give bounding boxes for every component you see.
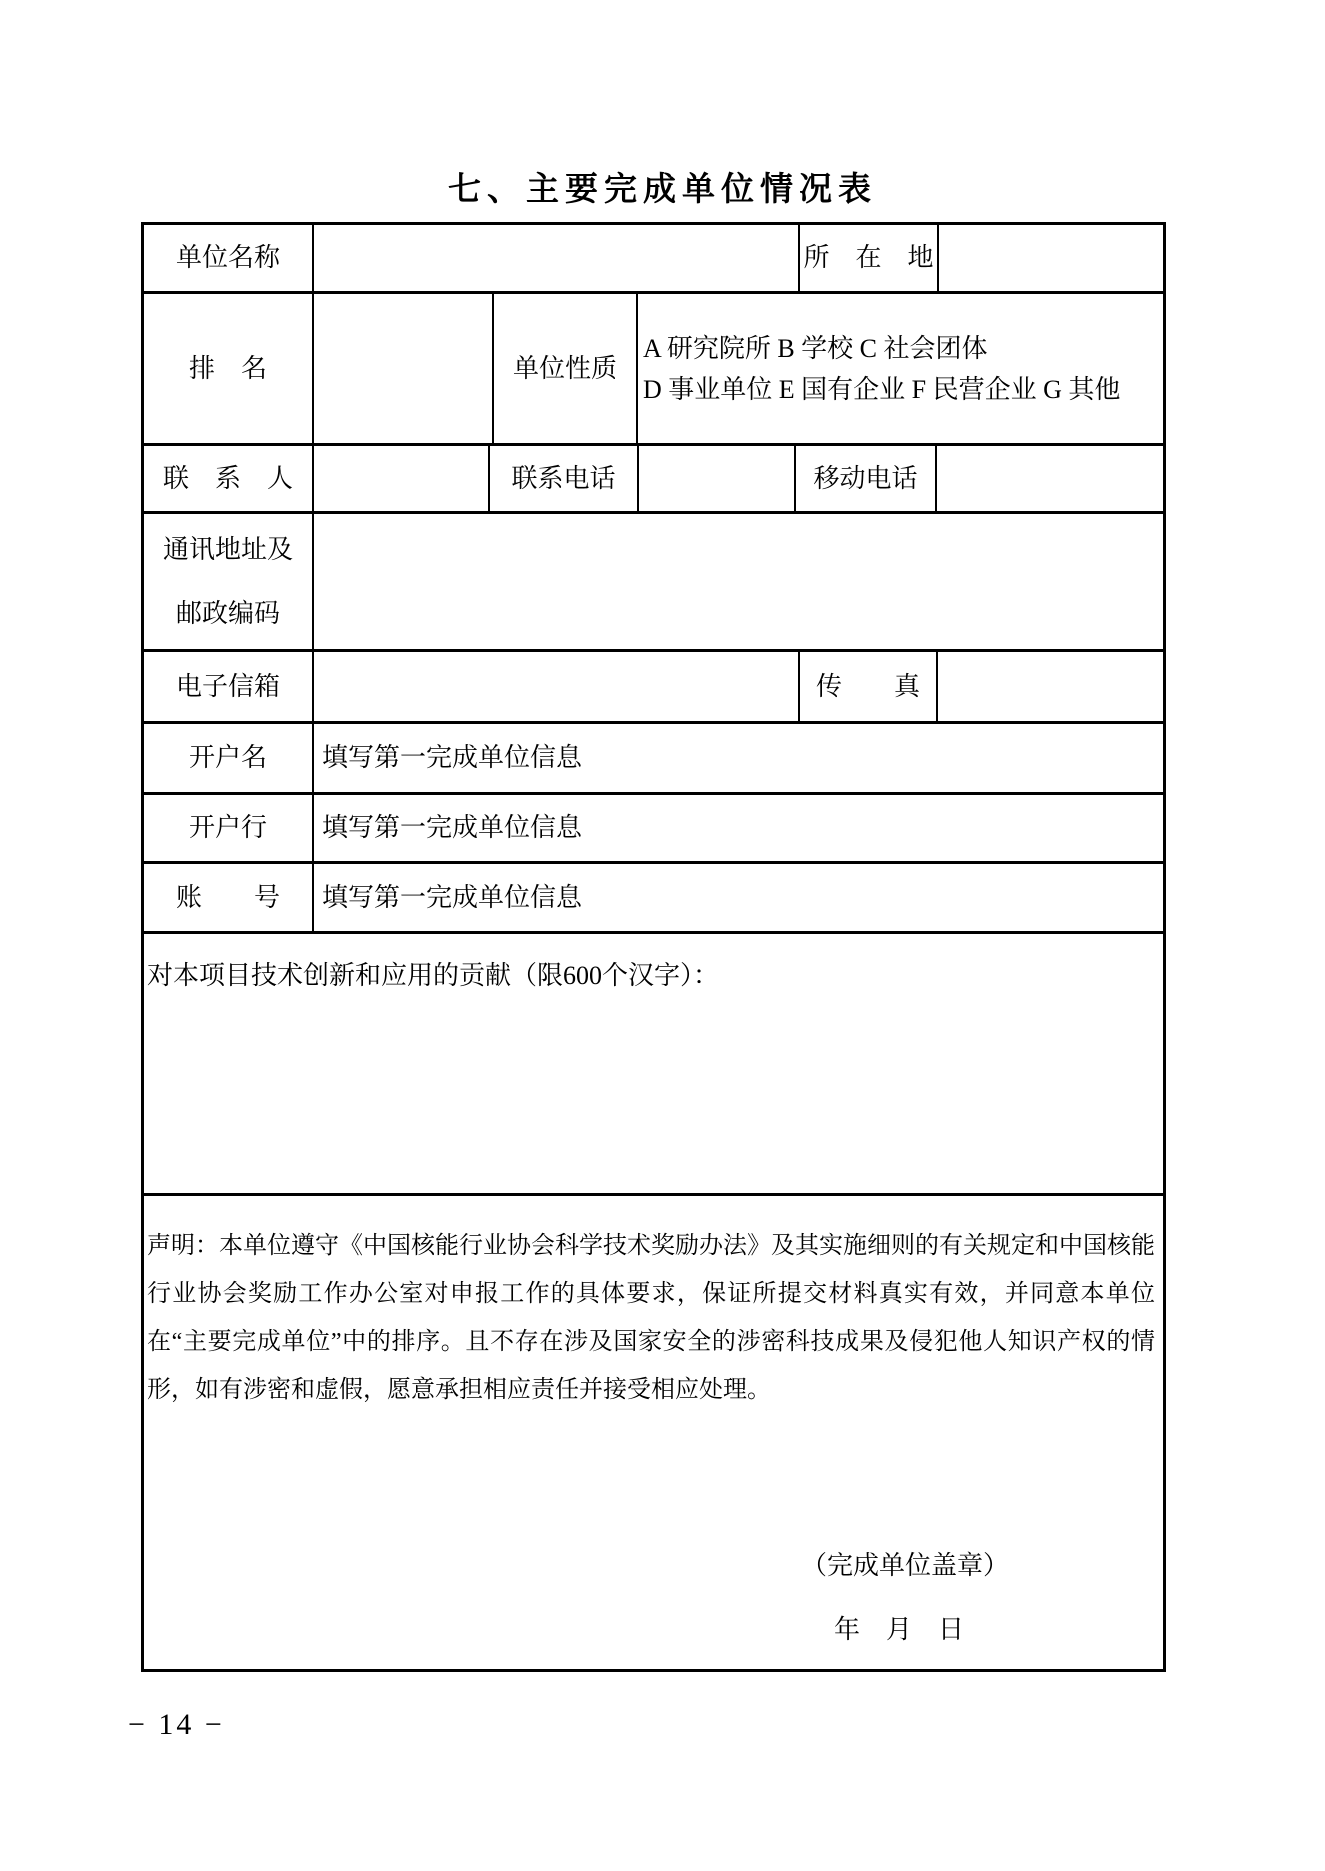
- email-field[interactable]: [314, 652, 800, 721]
- rank-label: 排 名: [144, 294, 314, 443]
- declaration-area: 声明：本单位遵守《中国核能行业协会科学技术奖励办法》及其实施细则的有关规定和中国…: [144, 1196, 1163, 1669]
- unit-name-field[interactable]: [314, 225, 800, 291]
- declaration-text: 声明：本单位遵守《中国核能行业协会科学技术奖励办法》及其实施细则的有关规定和中国…: [144, 1196, 1163, 1414]
- contact-phone-label: 联系电话: [490, 446, 639, 511]
- unit-nature-label: 单位性质: [494, 294, 638, 443]
- row-account-name: 开户名 填写第一完成单位信息: [144, 724, 1163, 795]
- rank-field[interactable]: [314, 294, 494, 443]
- page-title: 七、主要完成单位情况表: [0, 163, 1325, 210]
- bank-label: 开户行: [144, 795, 314, 861]
- account-name-field[interactable]: 填写第一完成单位信息: [314, 724, 1163, 792]
- completion-unit-form-table: 单位名称 所 在 地 排 名 单位性质 A 研究院所 B 学校 C 社会团体 D…: [141, 222, 1166, 1672]
- row-account-number: 账 号 填写第一完成单位信息: [144, 864, 1163, 934]
- row-bank: 开户行 填写第一完成单位信息: [144, 795, 1163, 864]
- address-field[interactable]: [314, 514, 1163, 649]
- date-line: 年 月 日: [834, 1612, 964, 1647]
- account-number-label: 账 号: [144, 864, 314, 931]
- row-unit-name: 单位名称 所 在 地: [144, 225, 1163, 294]
- contribution-area[interactable]: 对本项目技术创新和应用的贡献（限600个汉字）：: [144, 934, 1163, 1193]
- fax-label: 传 真: [800, 652, 938, 721]
- bank-field[interactable]: 填写第一完成单位信息: [314, 795, 1163, 861]
- row-rank-nature: 排 名 单位性质 A 研究院所 B 学校 C 社会团体 D 事业单位 E 国有企…: [144, 294, 1163, 446]
- row-contribution: 对本项目技术创新和应用的贡献（限600个汉字）：: [144, 934, 1163, 1196]
- row-address: 通讯地址及 邮政编码: [144, 514, 1163, 652]
- row-contact: 联 系 人 联系电话 移动电话: [144, 446, 1163, 514]
- location-label: 所 在 地: [800, 225, 939, 291]
- mobile-phone-label: 移动电话: [796, 446, 937, 511]
- mobile-phone-field[interactable]: [937, 446, 1163, 511]
- seal-note: （完成单位盖章）: [801, 1548, 1009, 1583]
- unit-name-label: 单位名称: [144, 225, 314, 291]
- account-number-field[interactable]: 填写第一完成单位信息: [314, 864, 1163, 931]
- contact-label: 联 系 人: [144, 446, 314, 511]
- contribution-label: 对本项目技术创新和应用的贡献（限600个汉字）：: [147, 961, 719, 990]
- email-label: 电子信箱: [144, 652, 314, 721]
- fax-field[interactable]: [938, 652, 1163, 721]
- row-declaration: 声明：本单位遵守《中国核能行业协会科学技术奖励办法》及其实施细则的有关规定和中国…: [144, 1196, 1163, 1669]
- location-field[interactable]: [939, 225, 1163, 291]
- account-name-label: 开户名: [144, 724, 314, 792]
- contact-phone-field[interactable]: [639, 446, 796, 511]
- unit-nature-options: A 研究院所 B 学校 C 社会团体 D 事业单位 E 国有企业 F 民营企业 …: [638, 294, 1163, 443]
- page-number: − 14 −: [128, 1708, 225, 1742]
- row-email-fax: 电子信箱 传 真: [144, 652, 1163, 724]
- address-label: 通讯地址及 邮政编码: [144, 514, 314, 649]
- contact-field[interactable]: [314, 446, 490, 511]
